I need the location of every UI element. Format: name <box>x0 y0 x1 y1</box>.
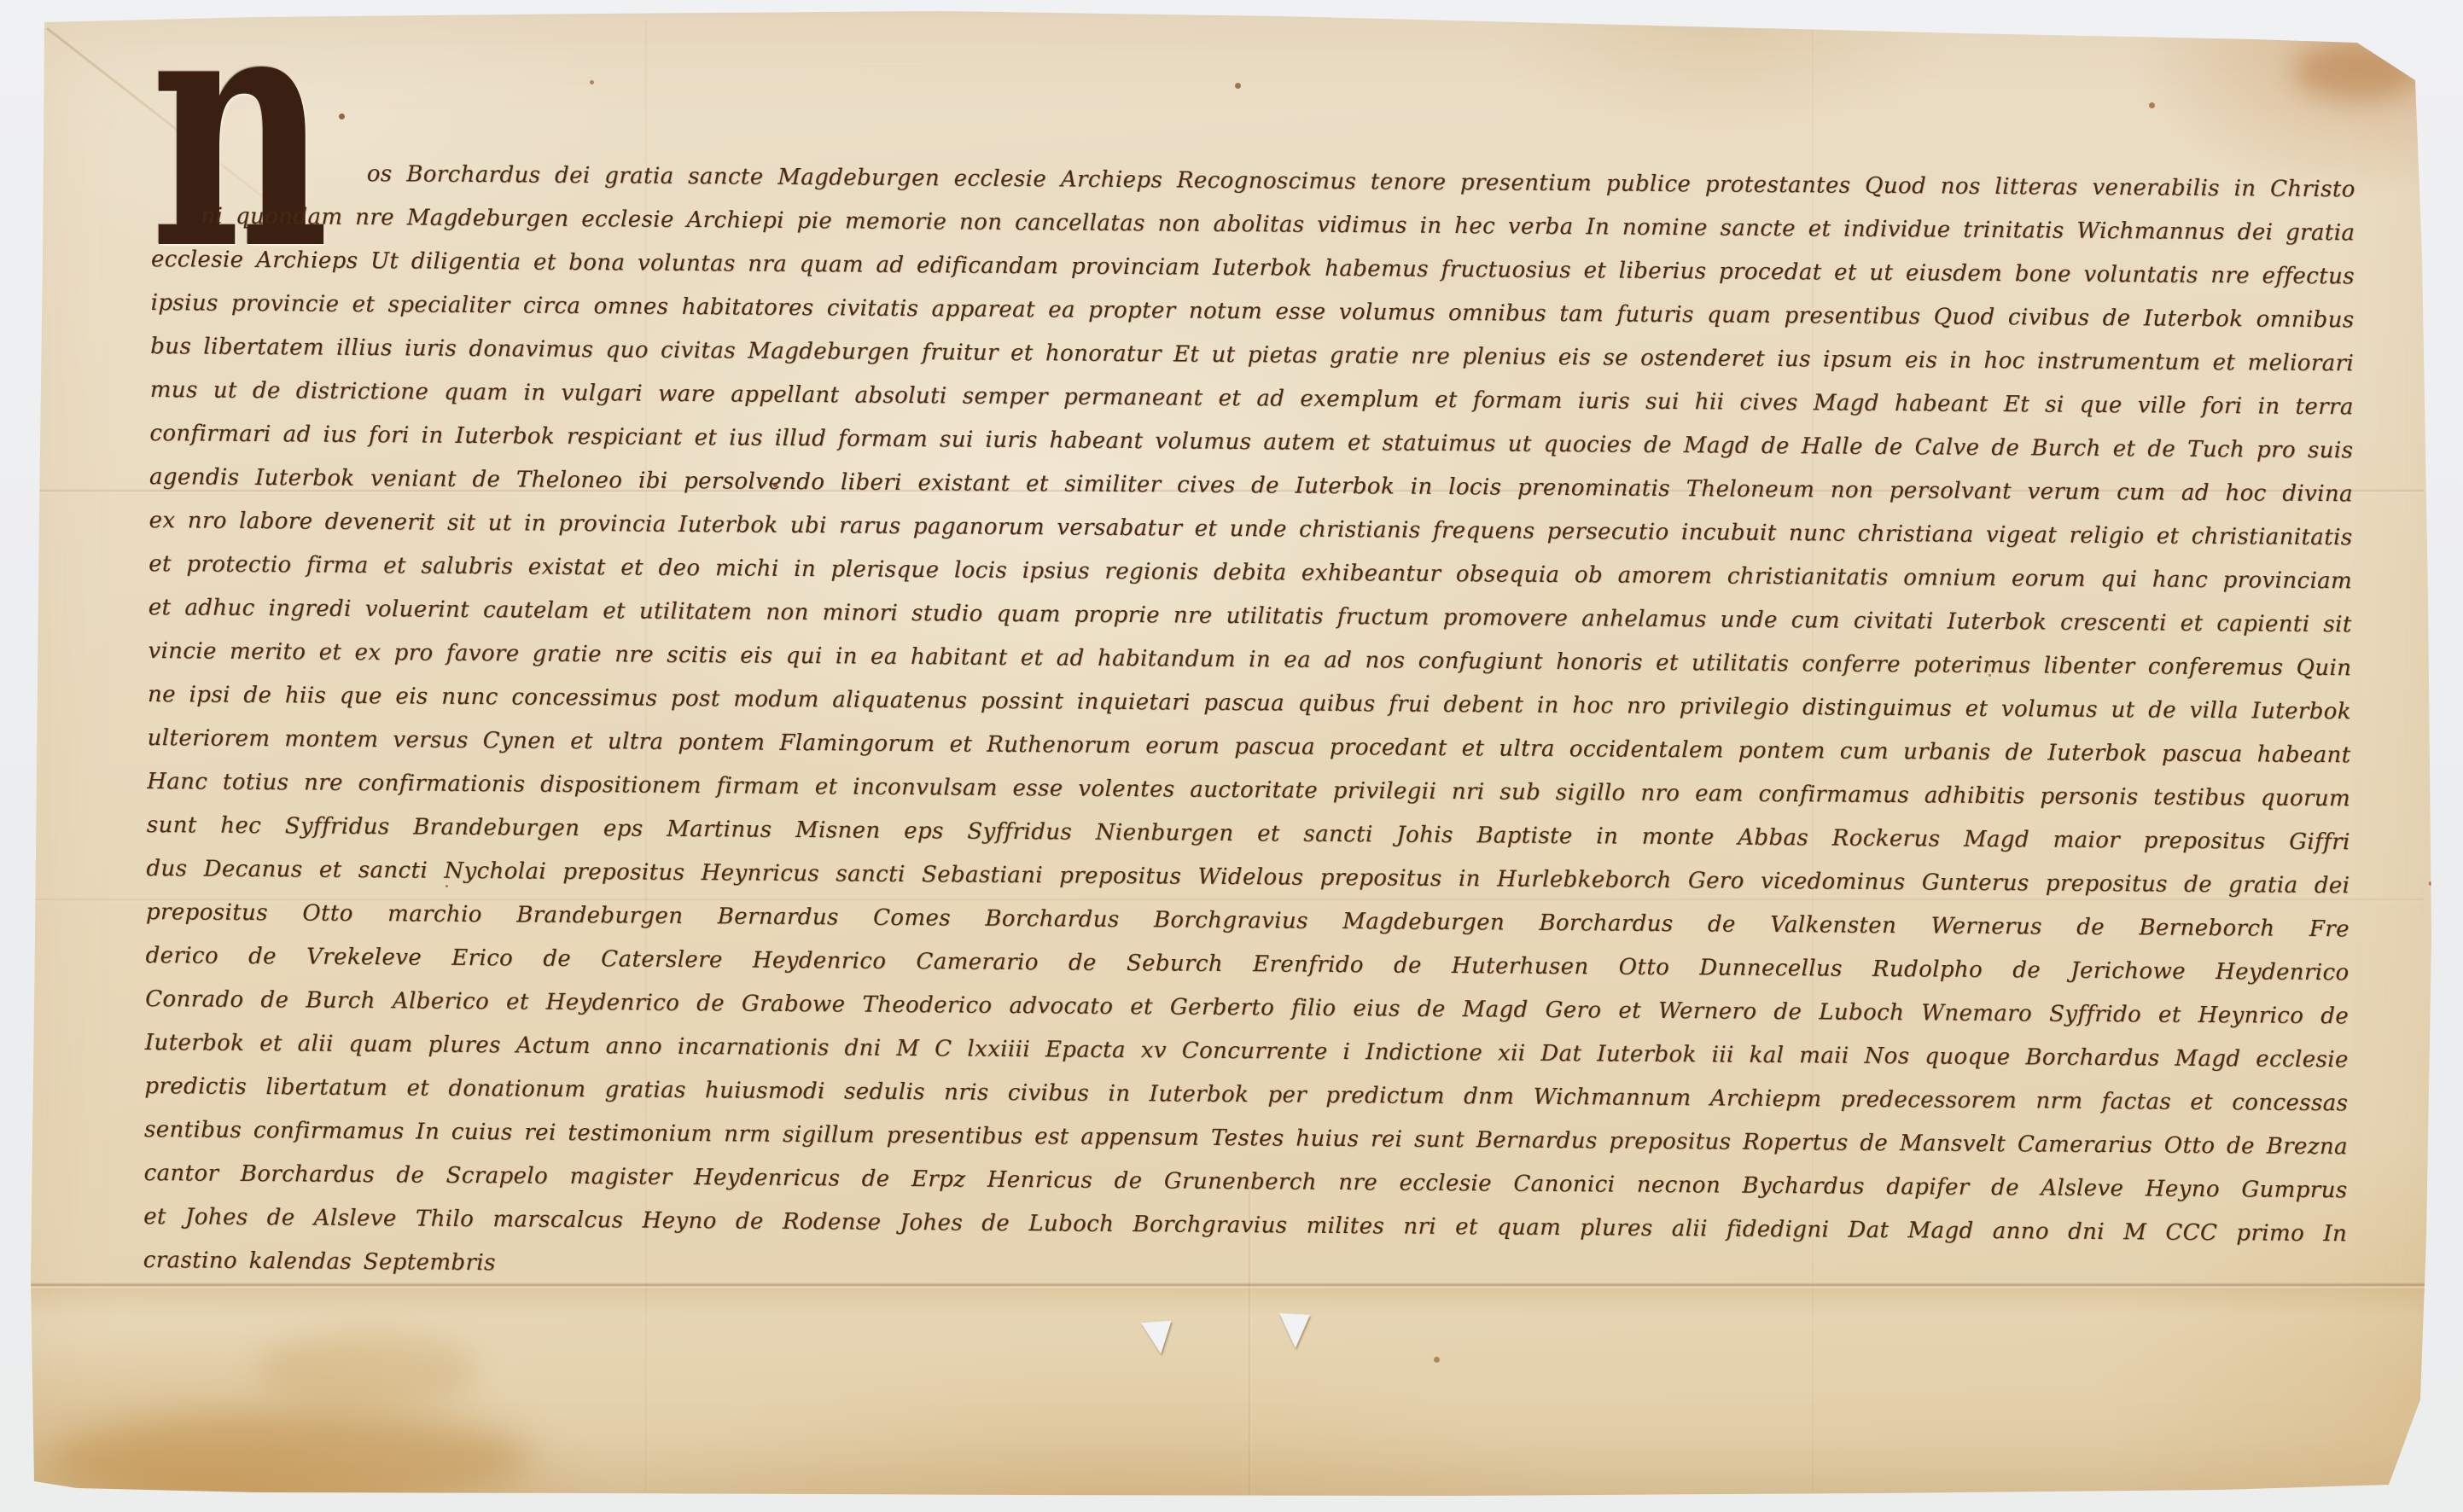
stain <box>2294 41 2422 101</box>
ink-speck <box>339 113 345 119</box>
parchment-sheet: N os Borchardus dei gratia sancte Magdeb… <box>0 0 2463 1512</box>
photo-background: N os Borchardus dei gratia sancte Magdeb… <box>0 0 2463 1512</box>
seal-slit-left <box>1141 1321 1174 1355</box>
plica-fold <box>0 1287 2463 1497</box>
text-lines: os Borchardus dei gratia sancte Magdebur… <box>143 151 2355 1300</box>
seal-slit-right <box>1278 1313 1310 1349</box>
